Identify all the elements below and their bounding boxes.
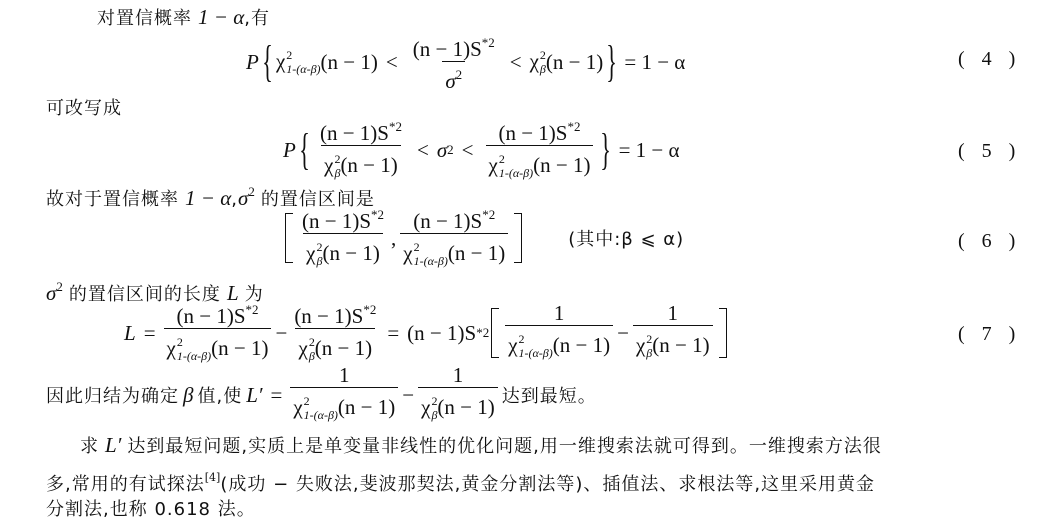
left-bracket <box>285 213 293 263</box>
objective-symbol: L′ <box>246 383 262 408</box>
left-bracket <box>491 308 499 358</box>
fraction-reciprocal-1: 1 χ21-(α-β)(n − 1) <box>505 302 613 365</box>
paragraph-rewrite: 可改写成 <box>46 96 122 121</box>
rhs: = 1 − α <box>624 50 685 75</box>
right-bracket <box>719 308 727 358</box>
equation-number-5: ( 5 ) <box>958 140 1021 163</box>
equation-4: P { χ21-(α-β) (n − 1) < (n − 1)S*2 σ2 < … <box>246 34 685 90</box>
paragraph-method-line-3: 分割法,也称 0.618 法。 <box>46 497 256 522</box>
equation-number-4: ( 4 ) <box>958 48 1021 71</box>
paragraph-objective: 因此归结为确定 β 值,使 L′ = 1 χ21-(α-β)(n − 1) − … <box>46 366 597 424</box>
less-than: < <box>386 50 398 75</box>
degrees-of-freedom: (n − 1) <box>546 50 603 75</box>
right-bracket <box>514 213 522 263</box>
equation-number-7: ( 7 ) <box>958 323 1021 346</box>
paragraph-confidence-intro: 对置信概率 1 − α,有 <box>97 5 270 31</box>
equation-7: L = (n − 1)S*2 χ21-(α-β)(n − 1) − (n − 1… <box>124 304 729 362</box>
fraction-lower-bound: (n − 1)S*2 χ2β(n − 1) <box>317 116 405 185</box>
less-than: < <box>510 50 522 75</box>
fraction-lower-bound: (n − 1)S*2 χ2β(n − 1) <box>299 204 387 273</box>
right-brace: } <box>601 128 612 172</box>
chi-square: χ21-(α-β) <box>276 48 321 77</box>
common-factor: (n − 1)S <box>407 321 476 346</box>
condition-note: (其中:β ⩽ α) <box>568 225 684 251</box>
length-symbol: L <box>124 321 136 346</box>
degrees-of-freedom: (n − 1) <box>321 50 378 75</box>
text: ,有 <box>244 8 270 29</box>
right-brace: } <box>607 40 618 84</box>
citation: [4] <box>205 471 221 484</box>
fraction-upper-bound: (n − 1)S*2 χ21-(α-β)(n − 1) <box>400 204 508 273</box>
fraction-term-1: (n − 1)S*2 χ21-(α-β)(n − 1) <box>164 299 272 368</box>
equation-5: P { (n − 1)S*2 χ2β(n − 1) < σ2 < (n − 1)… <box>283 122 680 178</box>
text: 对置信概率 <box>97 8 192 29</box>
sigma: σ <box>437 138 447 163</box>
chi-square: χ2β <box>530 48 546 77</box>
fraction-term-2: (n − 1)S*2 χ2β(n − 1) <box>291 299 379 368</box>
left-brace: { <box>262 40 273 84</box>
fraction-reciprocal-2: 1 χ2β(n − 1) <box>633 302 713 365</box>
fraction-reciprocal-2: 1 χ2β(n − 1) <box>418 364 498 427</box>
equation-number-6: ( 6 ) <box>958 230 1021 253</box>
left-brace: { <box>299 128 310 172</box>
equation-6: (n − 1)S*2 χ2β(n − 1) , (n − 1)S*2 χ21-(… <box>283 210 684 266</box>
probability-symbol: P <box>246 50 259 75</box>
probability-symbol: P <box>283 138 296 163</box>
paragraph-method-line-1: 求 L′ 达到最短问题,实质上是单变量非线性的优化问题,用一维搜索法就可得到。一… <box>80 433 882 459</box>
fraction: (n − 1)S*2 σ2 <box>410 32 498 93</box>
rhs: = 1 − α <box>619 138 680 163</box>
fraction-reciprocal-1: 1 χ21-(α-β)(n − 1) <box>290 364 398 427</box>
fraction-upper-bound: (n − 1)S*2 χ21-(α-β)(n − 1) <box>486 116 594 185</box>
math-inline: 1 − α <box>198 5 244 29</box>
paragraph-method-line-2: 多,常用的有试探法[4](成功 − 失败法,斐波那契法,黄金分割法等)、插值法、… <box>46 466 875 497</box>
